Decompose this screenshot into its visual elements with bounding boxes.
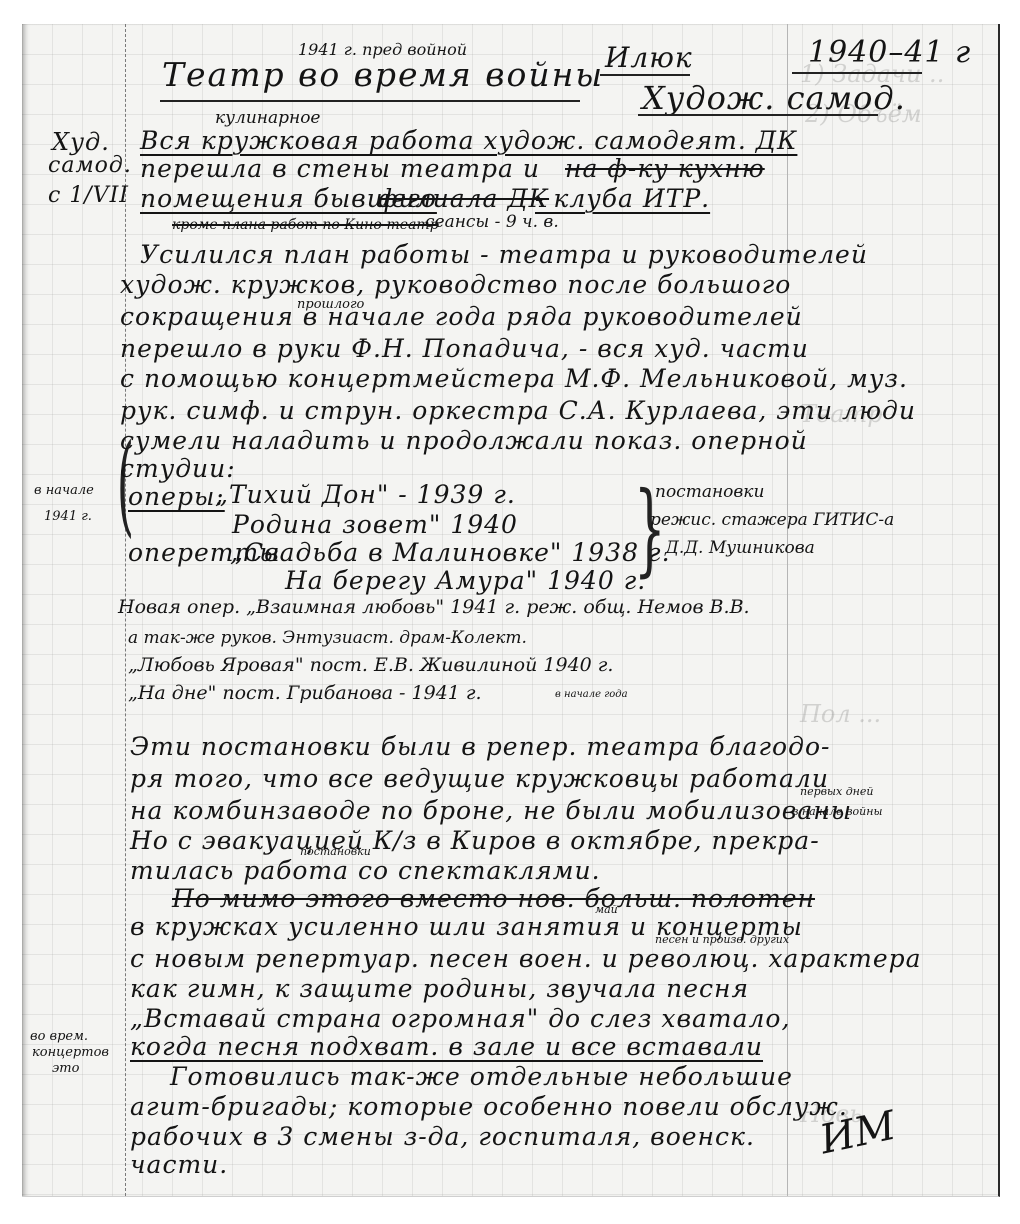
para-1-line: сокращения в начале года ряда руководите… (120, 304, 803, 329)
staging-note-1: постановки (655, 484, 764, 501)
year-range: 1940–41 г (808, 38, 971, 68)
para-4-line: Готовились так-же отдельные небольшие (170, 1064, 793, 1089)
body-line-2-struck: на ф-ку кухню (565, 156, 765, 181)
para-2-insert-b: в начале войны (792, 806, 882, 817)
year-underline (792, 72, 922, 74)
para-2-insert-a: первых дней (800, 786, 874, 797)
para-1-line: Усилился план работы - театра и руководи… (140, 242, 868, 267)
margin-note-bottom-3: это (52, 1062, 79, 1075)
para-2-line: Эти постановки были в репер. театра благ… (130, 734, 830, 759)
para-1-line: студии: (120, 456, 236, 481)
opera-1: „Тихий Дон" - 1939 г. (215, 482, 516, 507)
margin-note-mid-2: 1941 г. (44, 510, 92, 523)
page-title: Театр во время войны (162, 58, 604, 91)
insert-above-line-1: кулинарное (215, 110, 321, 127)
margin-note-top-3: с 1/VII (48, 185, 129, 207)
para-3-line: когда песня подхват. в зале и все встава… (130, 1034, 763, 1059)
para-2-line: ря того, что все ведущие кружковцы работ… (130, 766, 829, 791)
body-line-3-struck: филиала ДК (378, 186, 549, 211)
body-line-3b: - клуба ИТР. (535, 186, 710, 211)
para-4-line: части. (130, 1152, 228, 1177)
play-2-note: в начале года (555, 690, 628, 700)
para-1-line: с помощью концертмейстера М.Ф. Мельников… (120, 366, 908, 391)
para-2-line: тилась работа со спектаклями. (130, 858, 601, 883)
subtitle-underline (638, 114, 878, 116)
body-line-2a: перешла в стены театра и (140, 156, 540, 181)
staging-note-3: Д.Д. Мушникова (665, 540, 815, 557)
also-line: а так-же руков. Энтузиаст. драм-Колект. (128, 630, 527, 647)
operetta-2: На берегу Амура" 1940 г. (285, 568, 646, 593)
para-4-line: рабочих в 3 смены з-да, госпиталя, военс… (130, 1124, 755, 1149)
body-line-4-struck: кроме плана работ по Кино-театр (172, 218, 439, 232)
para-4-line: агит-бригады; которые особенно повели об… (130, 1094, 848, 1119)
para-3-line: с новым репертуар. песен воен. и революц… (130, 946, 922, 971)
margin-note-top-1: Худ. (52, 130, 110, 154)
margin-note-bottom-1: во врем. (30, 1030, 88, 1043)
body-line-1: Вся кружковая работа худож. самодеят. ДК (140, 128, 797, 153)
para-2-line: на комбинзаводе по броне, не были мобили… (130, 798, 852, 823)
new-operetta: Новая опер. „Взаимная любовь" 1941 г. ре… (118, 598, 750, 617)
page-subtitle: Худож. самод. (642, 82, 906, 114)
para-1-line: рук. симф. и струн. оркестра С.А. Курлае… (120, 398, 916, 423)
operas-label: оперы: (128, 484, 225, 509)
operetta-1: „Свадьба в Малиновке" 1938 г. (230, 540, 671, 565)
margin-note-mid-1: в начале (34, 484, 94, 497)
margin-note-bottom-2: концертов (32, 1046, 109, 1059)
opera-2: Родина зовет" 1940 (232, 512, 518, 537)
margin-note-top-2: самод. (48, 155, 132, 177)
para-1-line: сумели наладить и продолжали показ. опер… (120, 428, 808, 453)
staging-note-2: режис. стажера ГИТИС-а (650, 512, 894, 529)
play-1: „Любовь Яровая" пост. Е.В. Живилиной 194… (128, 656, 613, 675)
struck-line: По мимо этого вместо нов. больш. полотен (172, 886, 815, 911)
play-2: „На дне" пост. Грибанова - 1941 г. (128, 684, 482, 703)
para-1-line: худож. кружков, руководство после большо… (120, 272, 791, 297)
para-1-line: перешло в руки Ф.Н. Попадича, - вся худ.… (120, 336, 809, 361)
para-3-line: как гимн, к защите родины, звучала песня (130, 976, 749, 1001)
author-underline (600, 74, 690, 76)
body-line-4b: сеансы - 9 ч. в. (425, 214, 559, 231)
title-underline (160, 100, 580, 102)
para-3-line: „Вставай страна огромная" до слез хватал… (130, 1006, 790, 1031)
author-name: Илюк (605, 44, 693, 72)
bleed-through-text: Пол ... (800, 700, 881, 728)
para-2-line: Но с эвакуацией К/з в Киров в октябре, п… (130, 828, 820, 853)
